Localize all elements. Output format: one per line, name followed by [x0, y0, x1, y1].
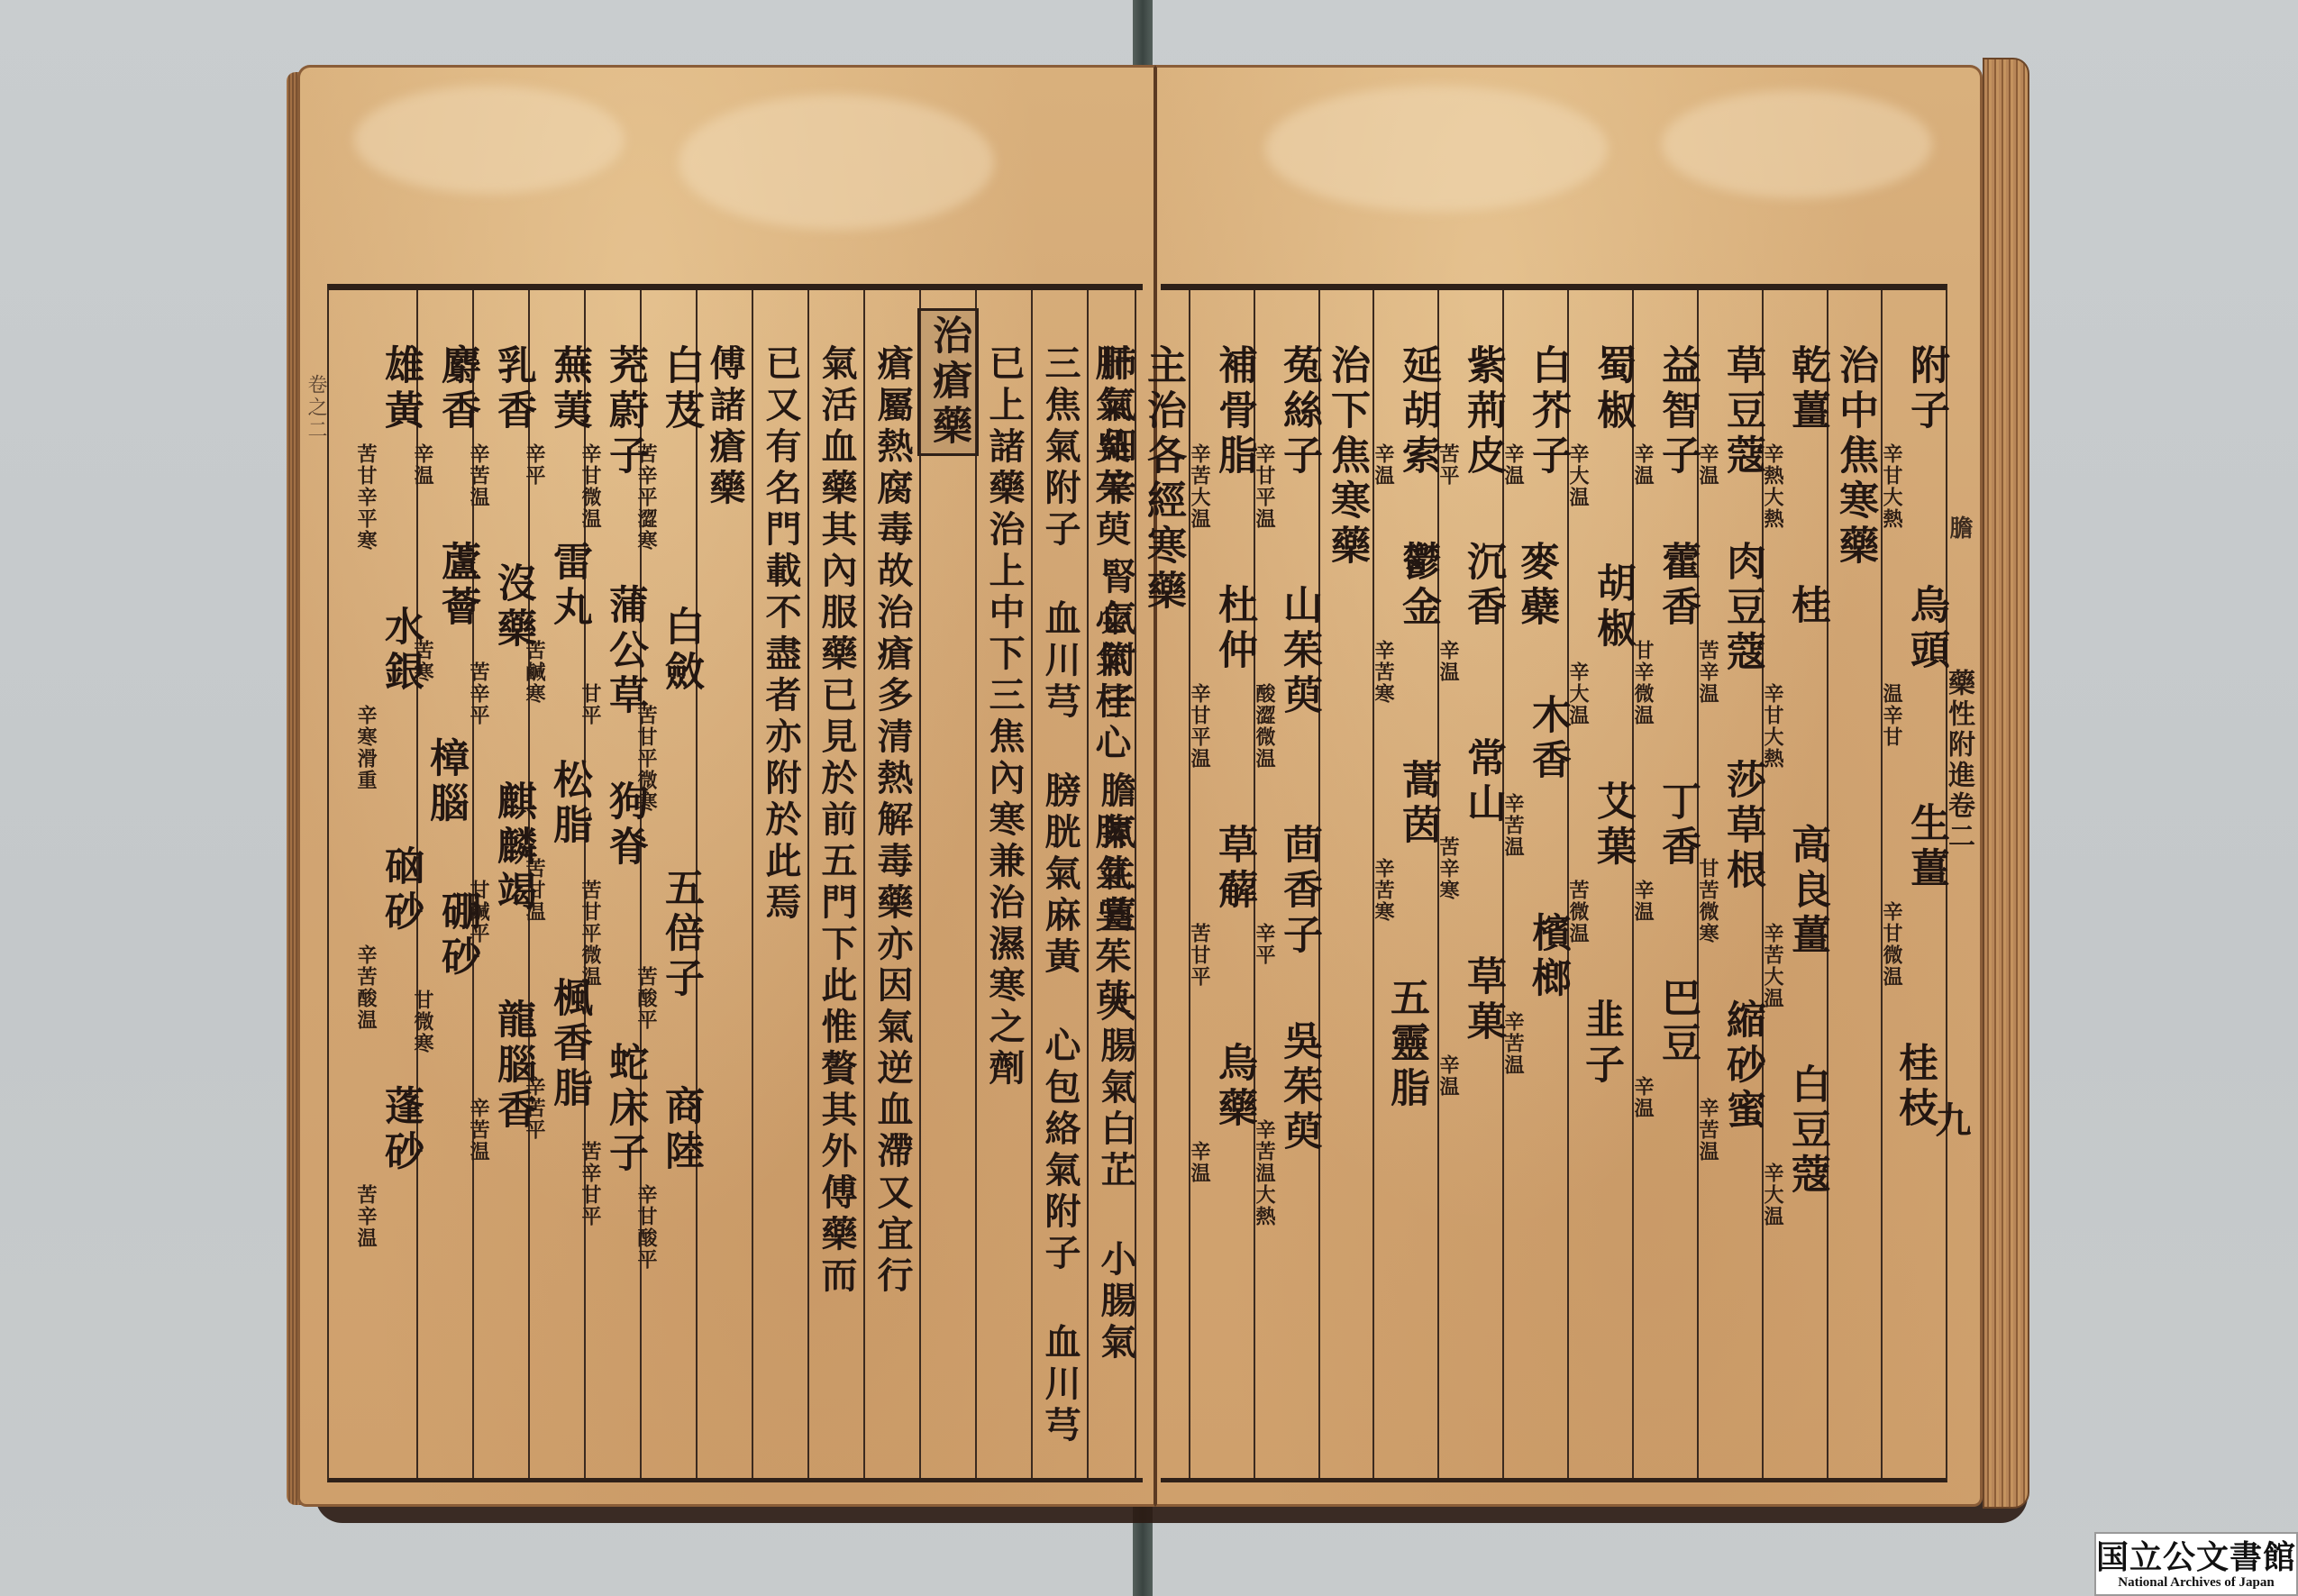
herb-entry: 蜀椒辛大温: [1566, 344, 1635, 508]
herb-name: 艾葉: [1590, 780, 1635, 871]
watermark-japanese: 国立公文書館: [2096, 1539, 2296, 1575]
center-column-title: 藥性附進卷二: [1938, 669, 1978, 853]
herb-name: 雷丸: [546, 541, 591, 631]
text-column: 傅諸瘡藥: [696, 290, 752, 1478]
herb-entry: 茴香子辛平: [1253, 824, 1321, 966]
herb-name: 檳榔: [1525, 912, 1570, 1002]
herb-entry: 丁香辛温: [1631, 780, 1700, 923]
herb-name: 楓香脂: [546, 977, 591, 1112]
herb-name: 吳茱萸: [1276, 1020, 1321, 1155]
herb-name: 益智子: [1655, 344, 1700, 479]
text-column: 草豆蔻辛温肉豆蔻苦辛温莎草根甘苦微寒縮砂蜜辛苦温: [1697, 290, 1762, 1478]
herb-name: 蓬砂: [378, 1085, 423, 1175]
herb-name: 沒藥: [490, 562, 535, 652]
herb-name: 高良薑: [1784, 824, 1829, 959]
herb-name: 山茱萸: [1276, 584, 1321, 719]
text-column: 雄黃苦甘辛平寒水銀辛寒滑重硇砂辛苦酸温蓬砂苦辛温: [360, 290, 416, 1478]
herb-name: 蘆薈: [434, 541, 479, 631]
herb-entry: 檳榔辛苦温: [1501, 912, 1570, 1076]
herb-name: 烏藥: [1211, 1042, 1256, 1132]
herb-entry: 蒿茵辛苦寒: [1372, 759, 1440, 923]
herb-entry-list: 延胡索辛温鬱金辛苦寒蒿茵辛苦寒五靈脂: [1372, 344, 1440, 1112]
body-text: 肝氣吳茱萸 心氣桂心 脾氣吳茱萸: [1086, 344, 1135, 1020]
left-text-frame: 肺氣細辛 腎氣附子 膽氣生薑 大腸氣白芷 小腸氣三焦氣附子 血川芎 膀胱氣麻黃 …: [327, 284, 1143, 1482]
herb-entry: 菟絲子辛甘平温: [1253, 344, 1321, 530]
left-columns: 肺氣細辛 腎氣附子 膽氣生薑 大腸氣白芷 小腸氣三焦氣附子 血川芎 膀胱氣麻黃 …: [329, 290, 1143, 1478]
herb-property-note: 辛苦大温: [1188, 443, 1211, 530]
herb-name: 茴香子: [1276, 824, 1321, 959]
herb-entry: 水銀辛寒滑重: [354, 606, 423, 791]
section-heading: 治中焦寒藥: [1828, 344, 1881, 570]
body-text: 瘡屬熱腐毒故治瘡多清熱解毒藥亦因氣逆血滯又宜行: [868, 344, 916, 1298]
herb-property-note: 辛苦酸温: [354, 944, 378, 1031]
herb-name: 乾薑: [1784, 344, 1829, 434]
text-column: 乾薑辛熱大熱桂辛甘大熱高良薑辛苦大温白豆蔻辛大温: [1762, 290, 1827, 1478]
herb-name: 附子: [1903, 344, 1948, 434]
right-page-edges: [1983, 58, 2029, 1509]
herb-property-note: 辛大温: [1761, 1163, 1784, 1227]
herb-entry: 山茱萸酸澀微温: [1253, 584, 1321, 770]
herb-property-note: 苦辛温: [354, 1184, 378, 1249]
herb-entry: 高良薑辛苦大温: [1761, 824, 1829, 1009]
herb-entry: 桂辛甘大熱: [1761, 584, 1829, 770]
herb-property-note: 辛温: [1188, 1141, 1211, 1184]
herb-name: 胡椒: [1590, 562, 1635, 652]
herb-entry-list: 補骨脂辛苦大温杜仲辛甘平温草薢苦甘平烏藥辛温: [1188, 344, 1256, 1184]
herb-name: 蛇床子: [602, 1042, 647, 1177]
herb-name: 乳香: [490, 344, 535, 434]
text-column: 肝氣吳茱萸 心氣桂心 脾氣吳茱萸: [1086, 290, 1135, 1478]
body-text: 傅諸瘡藥: [700, 344, 749, 510]
herb-name: 沉香: [1460, 541, 1505, 631]
text-column: 菟絲子辛甘平温山茱萸酸澀微温茴香子辛平吳茱萸辛苦温大熱: [1254, 290, 1318, 1478]
herb-entry-list: 雄黃苦甘辛平寒水銀辛寒滑重硇砂辛苦酸温蓬砂苦辛温: [354, 344, 423, 1249]
herb-name: 烏頭: [1903, 584, 1948, 674]
text-column: 附子辛甘大熱烏頭温辛甘生薑辛甘微温桂枝: [1881, 290, 1946, 1478]
herb-entry: 巴豆辛温: [1631, 977, 1700, 1119]
herb-name: 麝香: [434, 344, 479, 434]
herb-entry: 鬱金辛苦寒: [1372, 541, 1440, 705]
herb-property-note: 辛温: [1372, 443, 1395, 487]
herb-entry-list: 益智子辛温藿香甘辛微温丁香辛温巴豆辛温: [1631, 344, 1700, 1119]
herb-name: 白芥子: [1525, 344, 1570, 479]
herb-entry: 藿香甘辛微温: [1631, 541, 1700, 726]
herb-entry: 草菓辛温: [1436, 955, 1505, 1098]
herb-entry-list: 蜀椒辛大温胡椒辛大温艾葉苦微温韭子: [1566, 344, 1635, 1098]
herb-name: 五倍子: [658, 867, 703, 1002]
herb-name: 商陸: [658, 1085, 703, 1175]
herb-entry: 五靈脂: [1383, 977, 1428, 1112]
herb-name: 麥蘗: [1513, 541, 1558, 631]
herb-name: 蒲公草: [602, 584, 647, 719]
herb-name: 龍腦香: [490, 999, 535, 1134]
herb-name: 杜仲: [1211, 584, 1256, 674]
text-column: 補骨脂辛苦大温杜仲辛甘平温草薢苦甘平烏藥辛温: [1189, 290, 1254, 1478]
herb-name: 草菓: [1460, 955, 1505, 1045]
herb-entry: 杜仲辛甘平温: [1188, 584, 1256, 770]
text-column: 已上諸藥治上中下三焦內寒兼治濕寒之劑: [975, 290, 1031, 1478]
herb-entry: 益智子辛温: [1631, 344, 1700, 487]
herb-entry: 常山苦辛寒: [1436, 737, 1505, 901]
herb-name: 白芨: [658, 344, 703, 434]
herb-name: 草薢: [1211, 824, 1256, 914]
herb-property-note: 苦甘平: [1188, 923, 1211, 988]
text-column: 治瘡藥: [919, 290, 975, 1478]
right-text-frame: 附子辛甘大熱烏頭温辛甘生薑辛甘微温桂枝治中焦寒藥乾薑辛熱大熱桂辛甘大熱高良薑辛苦…: [1161, 284, 1947, 1482]
herb-name: 狗脊: [602, 780, 647, 871]
text-column: 益智子辛温藿香甘辛微温丁香辛温巴豆辛温: [1632, 290, 1697, 1478]
herb-name: 蕪荑: [546, 344, 591, 434]
herb-name: 藿香: [1655, 541, 1700, 631]
herb-entry: 韭子: [1578, 999, 1623, 1098]
section-heading: 治瘡藥: [917, 308, 979, 456]
herb-name: 鬱金: [1395, 541, 1440, 631]
body-text: 已又有名門載不盡者亦附於此焉: [756, 344, 805, 925]
left-page: 卷之二 肺氣細辛 腎氣附子 膽氣生薑 大腸氣白芷 小腸氣三焦氣附子 血川芎 膀胱…: [297, 65, 1155, 1507]
herb-name: 茺蔚子: [602, 344, 647, 479]
left-margin-text: 卷之二: [302, 374, 330, 442]
herb-entry-list: 白芥子辛温麥蘗木香辛苦温檳榔辛苦温: [1501, 344, 1570, 1076]
herb-entry: 胡椒辛大温: [1566, 562, 1635, 726]
herb-name: 木香: [1525, 694, 1570, 784]
herb-name: 樟腦: [423, 737, 468, 827]
water-stain: [1662, 90, 1932, 198]
text-column: 治下焦寒藥: [1318, 290, 1372, 1478]
right-columns: 附子辛甘大熱烏頭温辛甘生薑辛甘微温桂枝治中焦寒藥乾薑辛熱大熱桂辛甘大熱高良薑辛苦…: [1161, 290, 1946, 1478]
herb-entry: 木香辛苦温: [1501, 694, 1570, 858]
text-column: 蜀椒辛大温胡椒辛大温艾葉苦微温韭子: [1567, 290, 1632, 1478]
herb-name: 麒麟竭: [490, 780, 535, 916]
text-column: 蕪荑辛平雷丸苦鹹寒松脂苦甘温楓香脂辛苦平: [528, 290, 584, 1478]
herb-name: 草豆蔻: [1719, 344, 1765, 479]
herb-entry-list: 紫荊皮苦平沉香辛温常山苦辛寒草菓辛温: [1436, 344, 1505, 1098]
body-text: 氣活血藥其內服藥已見於前五門下此惟贅其外傅藥而: [812, 344, 861, 1298]
herb-name: 水銀: [378, 606, 423, 696]
herb-entry-list: 乾薑辛熱大熱桂辛甘大熱高良薑辛苦大温白豆蔻辛大温: [1761, 344, 1829, 1227]
herb-property-note: 辛苦寒: [1372, 640, 1395, 705]
herb-name: 五靈脂: [1383, 977, 1428, 1112]
herb-name: 丁香: [1655, 780, 1700, 871]
water-stain: [679, 95, 994, 230]
herb-name: 蜀椒: [1590, 344, 1635, 434]
herb-entry: 白芥子辛温: [1501, 344, 1570, 487]
text-column: 麝香辛温蘆薈苦寒樟腦硼砂甘微寒: [416, 290, 472, 1478]
herb-property-note: 苦甘辛平寒: [354, 443, 378, 552]
herb-entry: 艾葉苦微温: [1566, 780, 1635, 944]
herb-entry: 莎草根甘苦微寒: [1696, 759, 1765, 944]
herb-name: 補骨脂: [1211, 344, 1256, 479]
text-column: 白芥子辛温麥蘗木香辛苦温檳榔辛苦温: [1502, 290, 1567, 1478]
body-text: 已上諸藥治上中下三焦內寒兼治濕寒之劑: [980, 344, 1028, 1090]
herb-entry: 吳茱萸辛苦温大熱: [1253, 1020, 1321, 1227]
archive-watermark: 国立公文書館 National Archives of Japan: [2094, 1532, 2298, 1596]
herb-name: 硼砂: [434, 890, 479, 980]
text-column: 延胡索辛温鬱金辛苦寒蒿茵辛苦寒五靈脂: [1372, 290, 1437, 1478]
herb-entry: 樟腦: [423, 737, 468, 836]
text-column: 氣活血藥其內服藥已見於前五門下此惟贅其外傅藥而: [807, 290, 863, 1478]
herb-entry: 麥蘗: [1513, 541, 1558, 640]
section-heading: 主治各經寒藥: [1136, 344, 1189, 615]
herb-entry: 雄黃苦甘辛平寒: [354, 344, 423, 552]
herb-entry: 延胡索辛温: [1372, 344, 1440, 487]
herb-entry: 縮砂蜜辛苦温: [1696, 999, 1765, 1163]
herb-name: 桂: [1784, 584, 1829, 629]
herb-entry: 紫荊皮苦平: [1436, 344, 1505, 487]
herb-property-note: 辛甘微温: [1880, 901, 1903, 988]
text-column: 三焦氣附子 血川芎 膀胱氣麻黃 心包絡氣附子 血川芎: [1031, 290, 1087, 1478]
herb-entry-list: 菟絲子辛甘平温山茱萸酸澀微温茴香子辛平吳茱萸辛苦温大熱: [1253, 344, 1321, 1227]
herb-name: 巴豆: [1655, 977, 1700, 1067]
herb-name: 硇砂: [378, 845, 423, 935]
right-page: 附子辛甘大熱烏頭温辛甘生薑辛甘微温桂枝治中焦寒藥乾薑辛熱大熱桂辛甘大熱高良薑辛苦…: [1155, 65, 1983, 1507]
text-column: 白芨苦辛平澀寒白斂苦甘平微寒五倍子苦酸平商陸辛甘酸平: [640, 290, 696, 1478]
herb-entry-list: 草豆蔻辛温肉豆蔻苦辛温莎草根甘苦微寒縮砂蜜辛苦温: [1696, 344, 1765, 1163]
herb-entry: 補骨脂辛苦大温: [1188, 344, 1256, 530]
herb-name: 莎草根: [1719, 759, 1765, 894]
section-heading: 治下焦寒藥: [1320, 344, 1372, 570]
page-number: 九: [1925, 1101, 1976, 1137]
herb-entry: 乾薑辛熱大熱: [1761, 344, 1829, 530]
water-stain: [354, 86, 625, 194]
herb-name: 韭子: [1578, 999, 1623, 1089]
herb-name: 白豆蔻: [1784, 1063, 1829, 1199]
herb-name: 松脂: [546, 759, 591, 849]
herb-property-note: 辛甘大熱: [1880, 443, 1903, 530]
water-stain: [1265, 86, 1608, 212]
herb-property-note: 温辛甘: [1880, 683, 1903, 748]
herb-name: 延胡索: [1395, 344, 1440, 479]
herb-name: 紫荊皮: [1460, 344, 1505, 479]
herb-entry: 硇砂辛苦酸温: [354, 845, 423, 1031]
body-text: 三焦氣附子 血川芎 膀胱氣麻黃 心包絡氣附子 血川芎: [1035, 344, 1084, 1447]
herb-entry: 蓬砂苦辛温: [354, 1085, 423, 1249]
herb-entry: 烏藥辛温: [1188, 1042, 1256, 1184]
herb-name: 白斂: [658, 606, 703, 696]
herb-entry: 附子辛甘大熱: [1880, 344, 1948, 530]
herb-entry: 白豆蔻辛大温: [1761, 1063, 1829, 1227]
text-column: 茺蔚子辛甘微温蒲公草甘平狗脊苦甘平微温蛇床子苦辛甘平: [584, 290, 640, 1478]
text-column: 瘡屬熱腐毒故治瘡多清熱解毒藥亦因氣逆血滯又宜行: [863, 290, 919, 1478]
herb-name: 雄黃: [378, 344, 423, 434]
herb-entry: 草豆蔻辛温: [1696, 344, 1765, 487]
herb-entry: 沉香辛温: [1436, 541, 1505, 683]
herb-name: 肉豆蔻: [1719, 541, 1765, 676]
watermark-english: National Archives of Japan: [2118, 1575, 2275, 1590]
text-column: 治中焦寒藥: [1827, 290, 1881, 1478]
herb-property-note: 辛甘平温: [1188, 683, 1211, 770]
text-column: 已又有名門載不盡者亦附於此焉: [752, 290, 807, 1478]
herb-property-note: 辛苦寒: [1372, 858, 1395, 923]
herb-property-note: 辛寒滑重: [354, 705, 378, 791]
herb-entry: 肉豆蔻苦辛温: [1696, 541, 1765, 705]
herb-name: 常山: [1460, 737, 1505, 827]
text-column: 乳香辛苦温沒藥苦辛平麒麟竭甘鹹平龍腦香辛苦温: [472, 290, 528, 1478]
text-column: 主治各經寒藥: [1135, 290, 1189, 1478]
herb-name: 蒿茵: [1395, 759, 1440, 849]
text-column: 紫荊皮苦平沉香辛温常山苦辛寒草菓辛温: [1437, 290, 1502, 1478]
herb-name: 菟絲子: [1276, 344, 1321, 479]
herb-name: 縮砂蜜: [1719, 999, 1765, 1134]
center-column-mark: 膽: [1943, 515, 1976, 539]
herb-entry: 草薢苦甘平: [1188, 824, 1256, 988]
